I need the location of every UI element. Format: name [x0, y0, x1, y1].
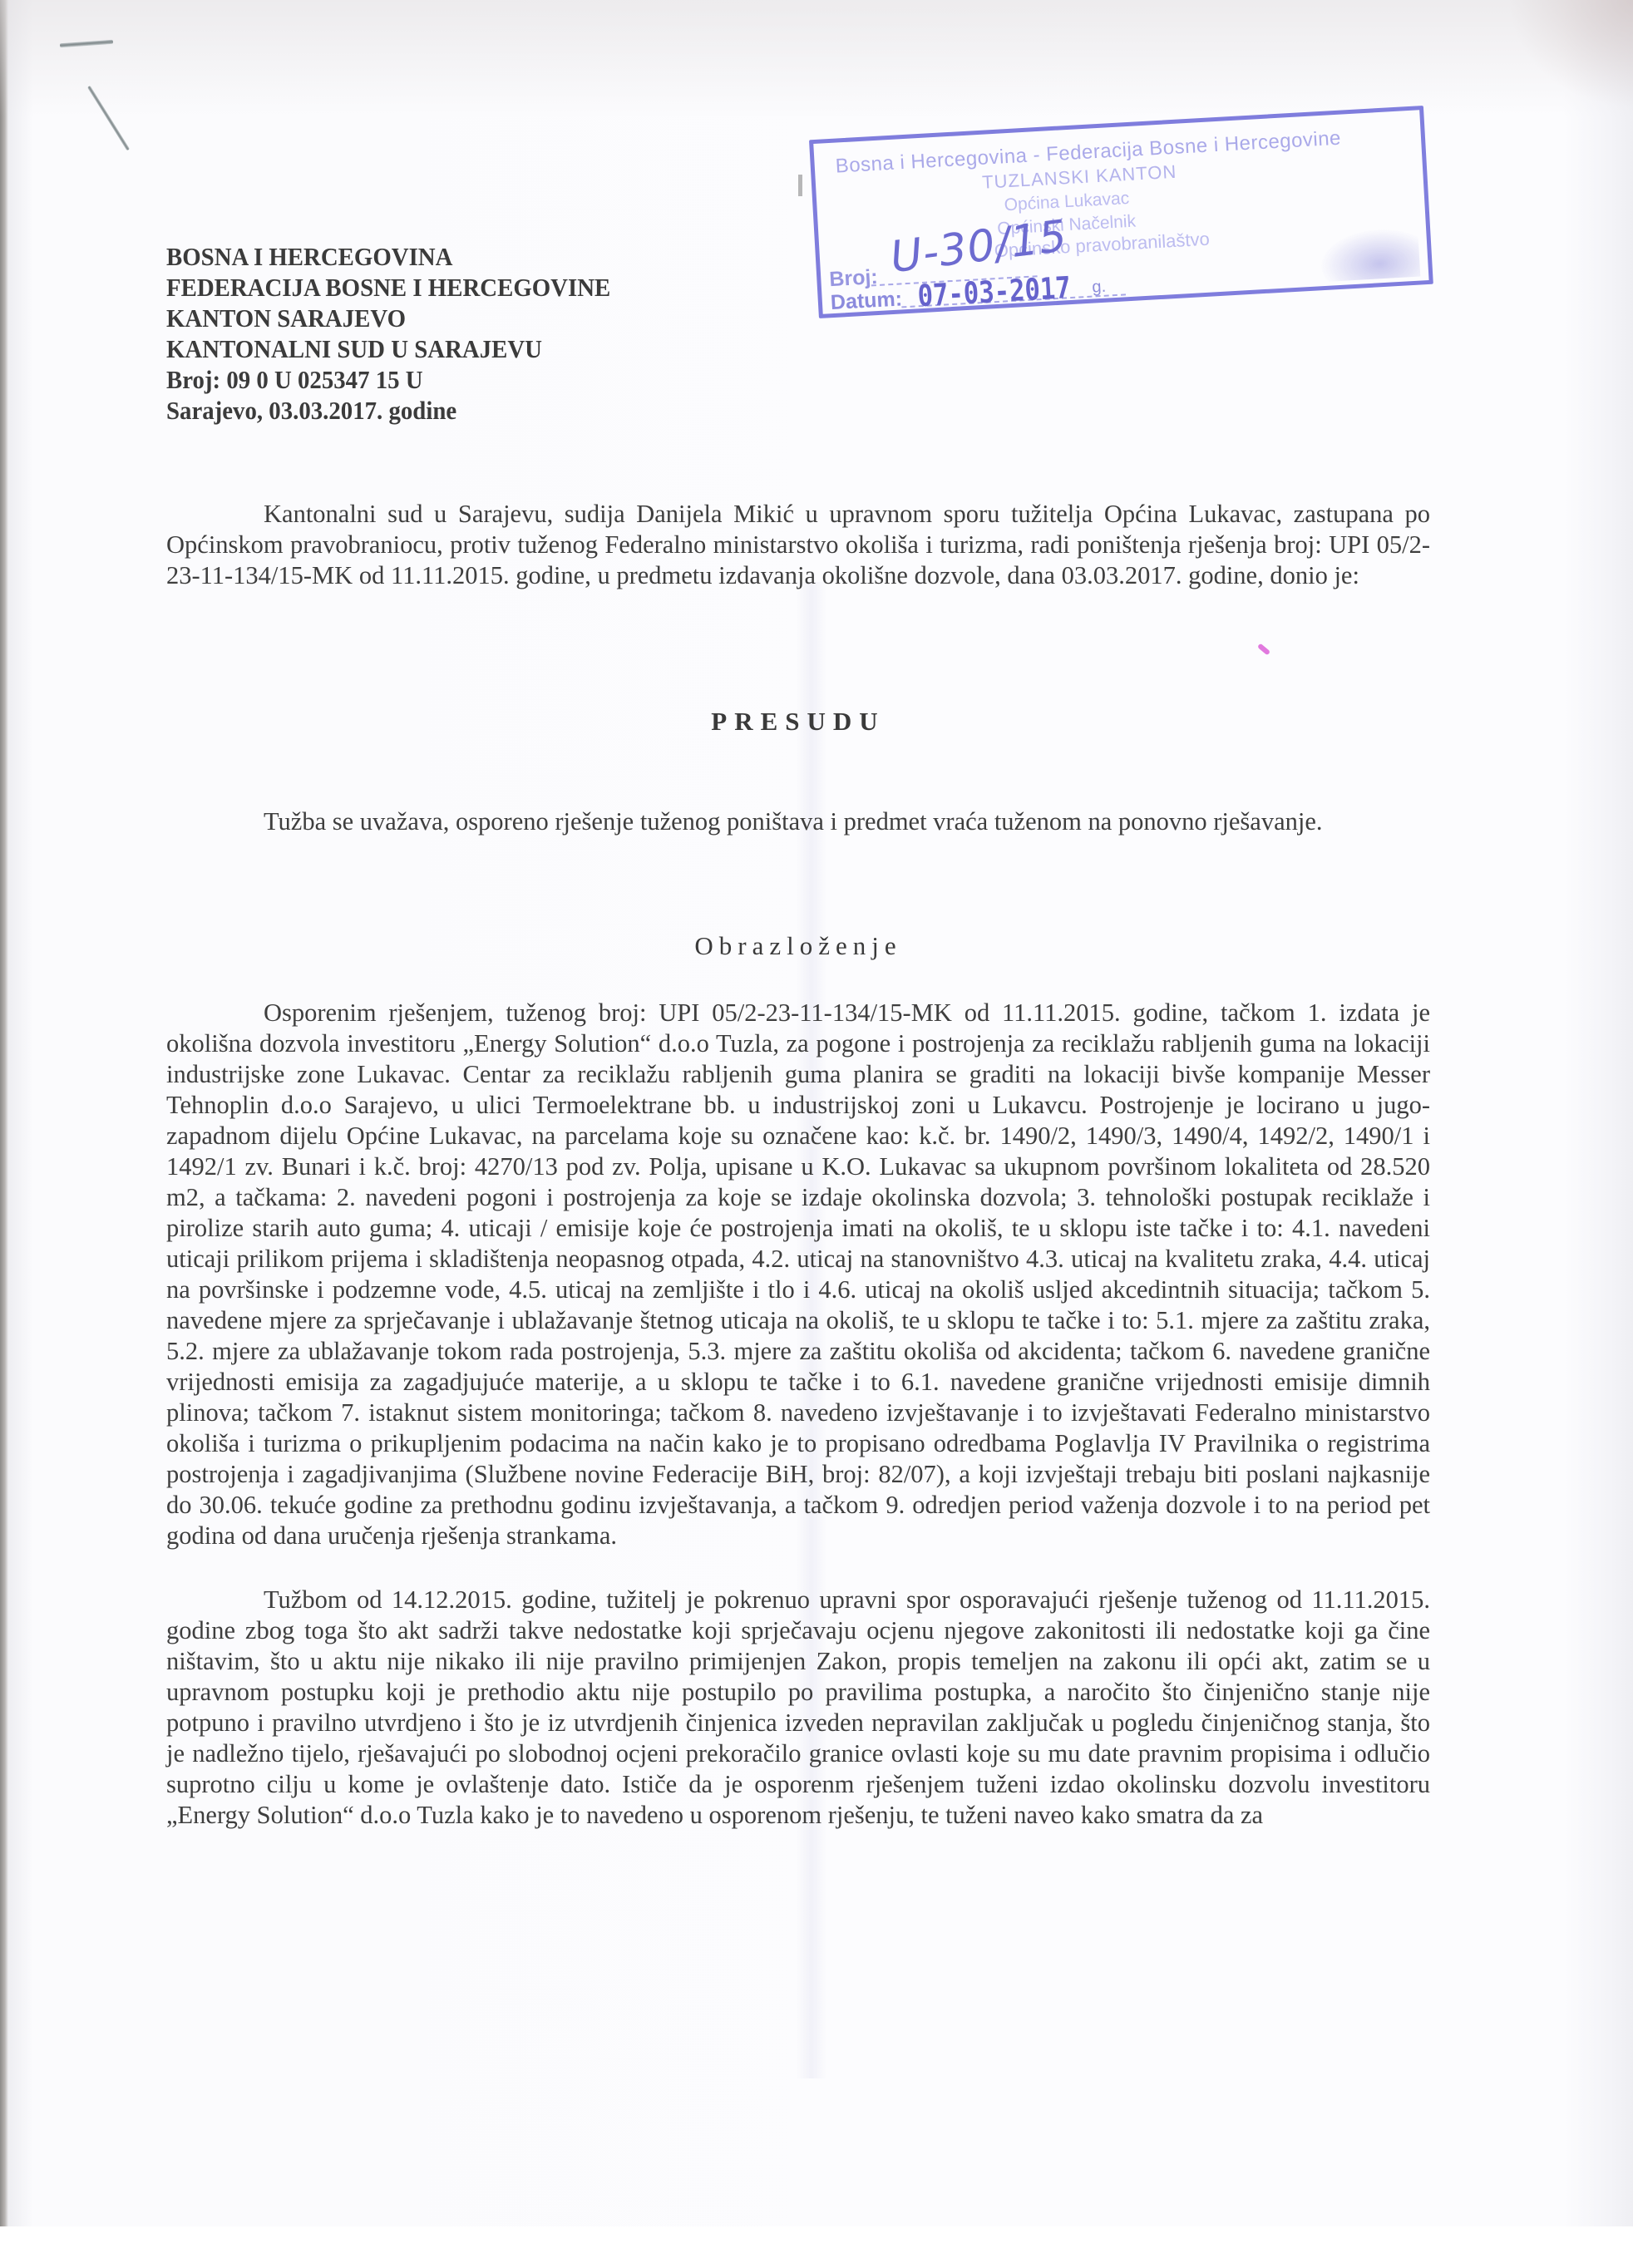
- scan-shadow-top: [0, 0, 1633, 116]
- reasoning-section: Osporenim rješenjem, tuženog broj: UPI 0…: [166, 998, 1430, 1831]
- header-federation: FEDERACIJA BOSNE I HERCEGOVINE: [166, 272, 610, 303]
- header-country: BOSNA I HERCEGOVINA: [166, 241, 610, 272]
- stamp-datum-label: Datum:: [830, 287, 903, 315]
- header-court: KANTONALNI SUD U SARAJEVU: [166, 333, 610, 364]
- scan-bottom-margin: [0, 2226, 1633, 2268]
- header-canton: KANTON SARAJEVO: [166, 303, 610, 333]
- verdict-paragraph: Tužba se uvažava, osporeno rješenje tuže…: [166, 806, 1430, 837]
- stamp-broj-label: Broj:: [829, 265, 879, 292]
- scan-shadow-corner: [1508, 0, 1633, 108]
- verdict-section: Tužba se uvažava, osporeno rješenje tuže…: [166, 806, 1430, 837]
- reasoning-paragraph-2: Tužbom od 14.12.2015. godine, tužitelj j…: [166, 1585, 1430, 1831]
- stamp-signature: [1318, 227, 1420, 283]
- header-case-number: Broj: 09 0 U 025347 15 U: [166, 364, 610, 395]
- intro-paragraph: Kantonalni sud u Sarajevu, sudija Danije…: [166, 499, 1430, 591]
- verdict-title: PRESUDU: [166, 707, 1430, 737]
- page-number-mark: [798, 175, 802, 196]
- reasoning-title: Obrazloženje: [166, 931, 1430, 961]
- stamp-line-municipality: Općina Lukavac: [1004, 189, 1130, 215]
- header-place-date: Sarajevo, 03.03.2017. godine: [166, 395, 610, 426]
- intro-section: Kantonalni sud u Sarajevu, sudija Danije…: [166, 499, 1430, 591]
- reasoning-paragraph-1: Osporenim rješenjem, tuženog broj: UPI 0…: [166, 998, 1430, 1551]
- stamp-datum-suffix: g.: [1092, 278, 1107, 298]
- court-header: BOSNA I HERCEGOVINA FEDERACIJA BOSNE I H…: [166, 241, 610, 426]
- receipt-stamp: Bosna i Hercegovina - Federacija Bosne i…: [809, 106, 1433, 318]
